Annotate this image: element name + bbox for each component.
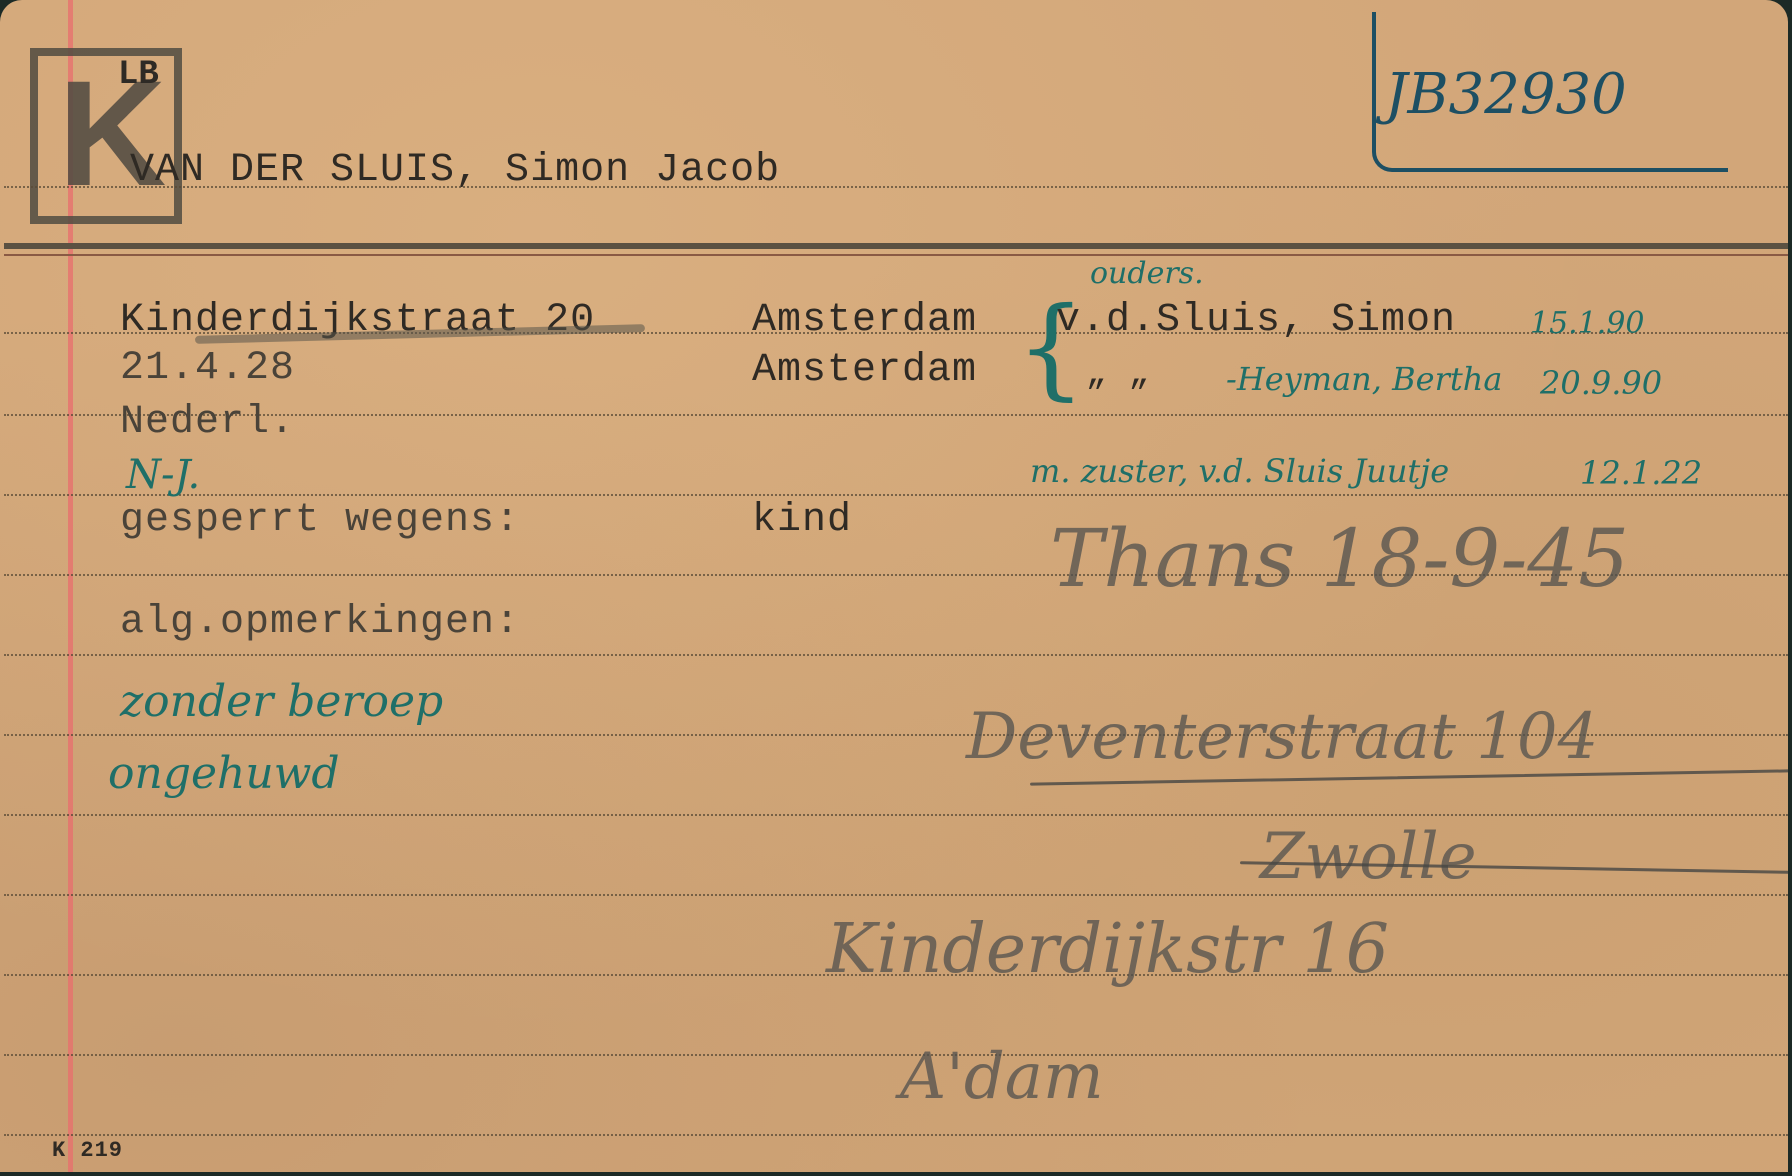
religion-note: N-J.: [126, 452, 200, 498]
remark-marital-status: ongehuwd: [108, 748, 340, 799]
struck-city: Zwolle: [1260, 820, 1477, 894]
blocked-reason-value: kind: [752, 498, 852, 543]
father-name: v.d.Sluis, Simon: [1056, 298, 1456, 343]
mother-name: -Heyman, Bertha: [1226, 360, 1502, 398]
sibling-note: m. zuster, v.d. Sluis Juutje: [1030, 452, 1449, 490]
transport-note: Thans 18-9-45: [1050, 512, 1629, 605]
header-rule: [4, 243, 1788, 249]
remarks-label: alg.opmerkingen:: [120, 600, 520, 645]
ruled-line: [4, 1054, 1788, 1056]
parents-label: ouders.: [1090, 256, 1204, 291]
blocked-reason-label: gesperrt wegens:: [120, 498, 520, 543]
remark-occupation: zonder beroep: [120, 676, 443, 727]
file-number: JB32930: [1385, 62, 1627, 127]
father-birth-date: 15.1.90: [1530, 306, 1645, 341]
mother-ditto: „ „: [1086, 356, 1150, 394]
sibling-birth-date: 12.1.22: [1580, 454, 1702, 492]
ruled-line: [4, 494, 1788, 496]
ruled-line: [4, 894, 1788, 896]
struck-address: Deventerstraat 104: [966, 700, 1598, 774]
ruled-line: [4, 186, 1788, 188]
form-number: K 219: [52, 1138, 123, 1163]
registration-card: K LB VAN DER SLUIS, Simon Jacob JB32930 …: [0, 0, 1788, 1172]
ruled-line: [4, 654, 1788, 656]
header-rule-thin: [4, 254, 1788, 256]
ruled-line: [4, 1134, 1788, 1136]
birth-date: 21.4.28: [120, 346, 295, 391]
new-city: A'dam: [900, 1040, 1104, 1114]
birth-city: Amsterdam: [752, 348, 977, 393]
mother-birth-date: 20.9.90: [1540, 364, 1662, 402]
address-city: Amsterdam: [752, 298, 977, 343]
nationality: Nederl.: [120, 400, 295, 445]
new-address: Kinderdijkstr 16: [826, 910, 1389, 989]
ruled-line: [4, 814, 1788, 816]
stamp-code: LB: [118, 56, 159, 94]
